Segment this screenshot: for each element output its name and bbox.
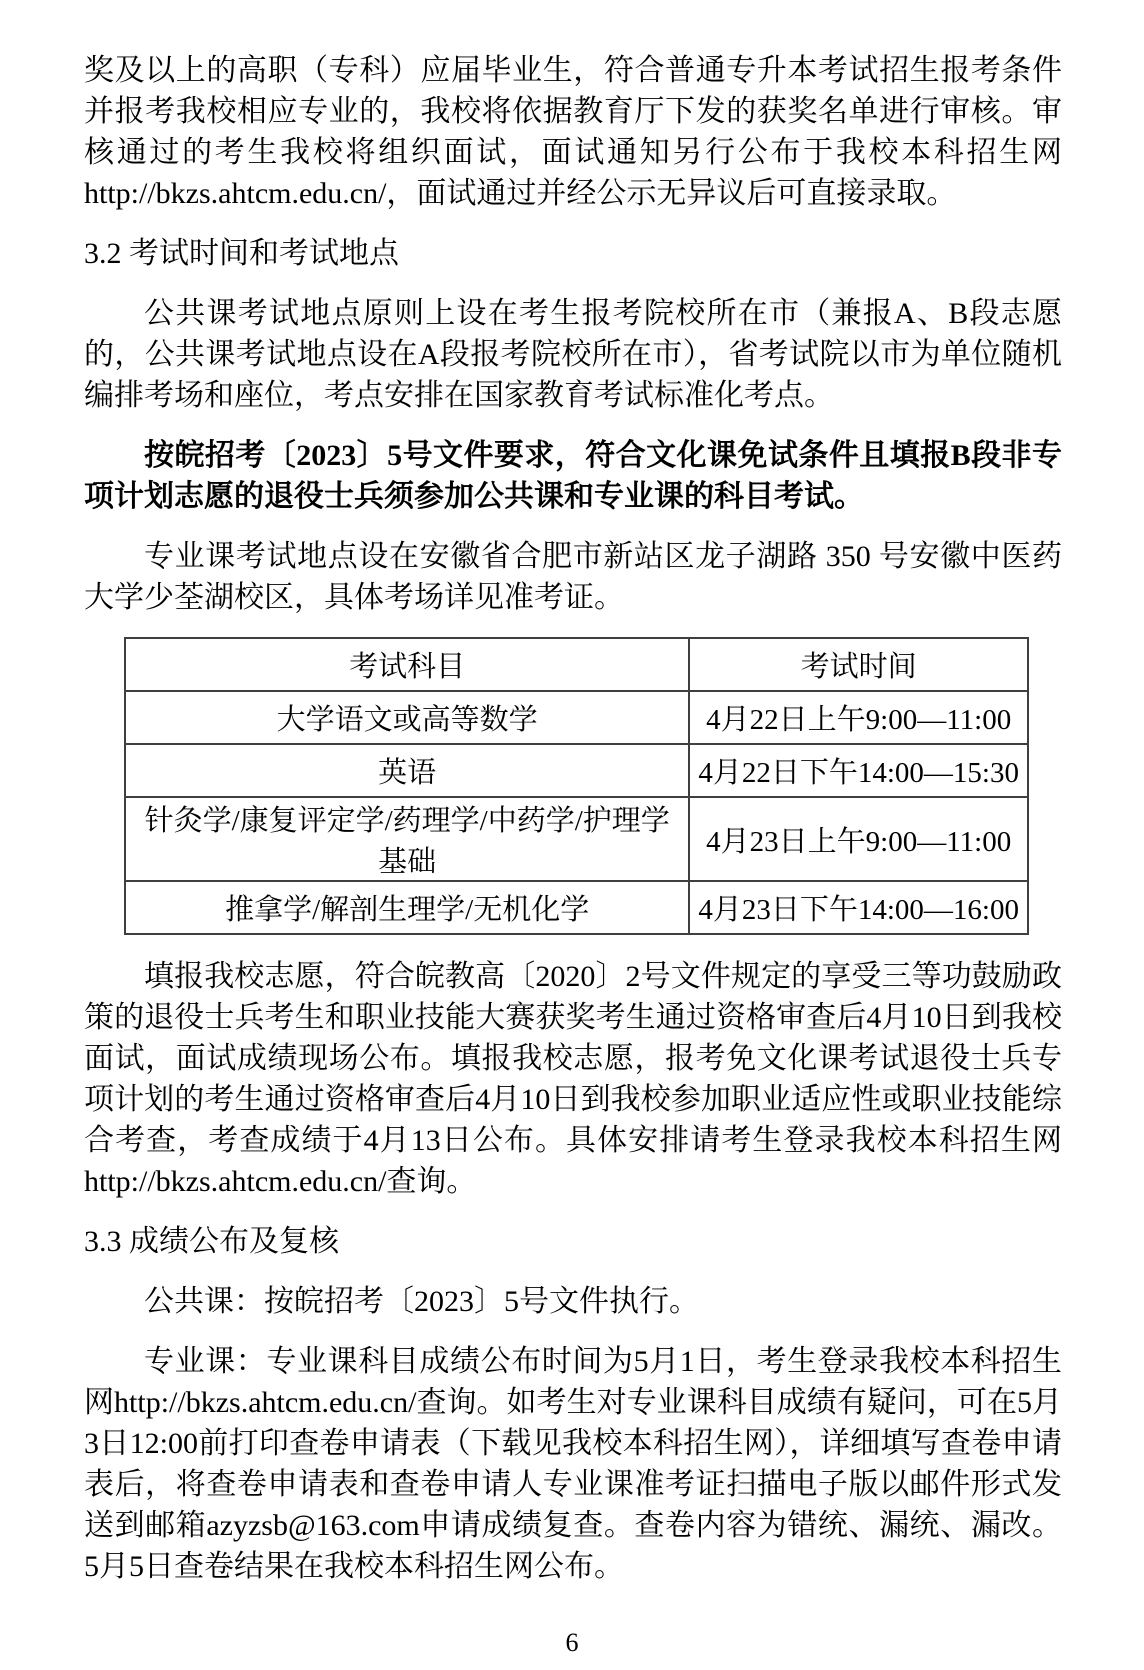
table-cell-time: 4月23日上午9:00—11:00 [689,797,1028,881]
paragraph-public-exam-location: 公共课考试地点原则上设在考生报考院校所在市（兼报A、B段志愿的，公共课考试地点设… [84,293,1062,416]
paragraph-major-exam-location: 专业课考试地点设在安徽省合肥市新站区龙子湖路 350 号安徽中医药大学少荃湖校区… [84,536,1062,618]
paragraph-interview-arrangement: 填报我校志愿，符合皖教高〔2020〕2号文件规定的享受三等功鼓励政策的退役士兵考… [84,956,1062,1202]
table-header-subject: 考试科目 [125,638,689,691]
table-cell-subject: 英语 [125,744,689,797]
table-row: 针灸学/康复评定学/药理学/中药学/护理学基础 4月23日上午9:00—11:0… [125,797,1028,881]
table-cell-subject: 推拿学/解剖生理学/无机化学 [125,881,689,934]
page-number: 6 [0,1630,1144,1656]
section-3-3-heading: 3.3 成绩公布及复核 [84,1221,1062,1262]
paragraph-major-course-score: 专业课：专业课科目成绩公布时间为5月1日，考生登录我校本科招生网http://b… [84,1341,1062,1587]
table-row: 大学语文或高等数学 4月22日上午9:00—11:00 [125,691,1028,744]
table-cell-subject: 大学语文或高等数学 [125,691,689,744]
table-cell-time: 4月22日上午9:00—11:00 [689,691,1028,744]
paragraph-intro: 奖及以上的高职（专科）应届毕业生，符合普通专升本考试招生报考条件并报考我校相应专… [84,50,1062,214]
document-page: 奖及以上的高职（专科）应届毕业生，符合普通专升本考试招生报考条件并报考我校相应专… [0,0,1144,1670]
table-header-row: 考试科目 考试时间 [125,638,1028,691]
paragraph-public-course-score: 公共课：按皖招考〔2023〕5号文件执行。 [84,1281,1062,1322]
table-cell-subject: 针灸学/康复评定学/药理学/中药学/护理学基础 [125,797,689,881]
document-content: 奖及以上的高职（专科）应届毕业生，符合普通专升本考试招生报考条件并报考我校相应专… [0,0,1144,1587]
table-row: 英语 4月22日下午14:00—15:30 [125,744,1028,797]
exam-schedule-table: 考试科目 考试时间 大学语文或高等数学 4月22日上午9:00—11:00 英语… [124,637,1029,935]
section-3-2-heading: 3.2 考试时间和考试地点 [84,233,1062,274]
table-header-time: 考试时间 [689,638,1028,691]
table-cell-time: 4月23日下午14:00—16:00 [689,881,1028,934]
table-row: 推拿学/解剖生理学/无机化学 4月23日下午14:00—16:00 [125,881,1028,934]
paragraph-bold-notice: 按皖招考〔2023〕5号文件要求，符合文化课免试条件且填报B段非专项计划志愿的退… [84,435,1062,517]
table-cell-time: 4月22日下午14:00—15:30 [689,744,1028,797]
